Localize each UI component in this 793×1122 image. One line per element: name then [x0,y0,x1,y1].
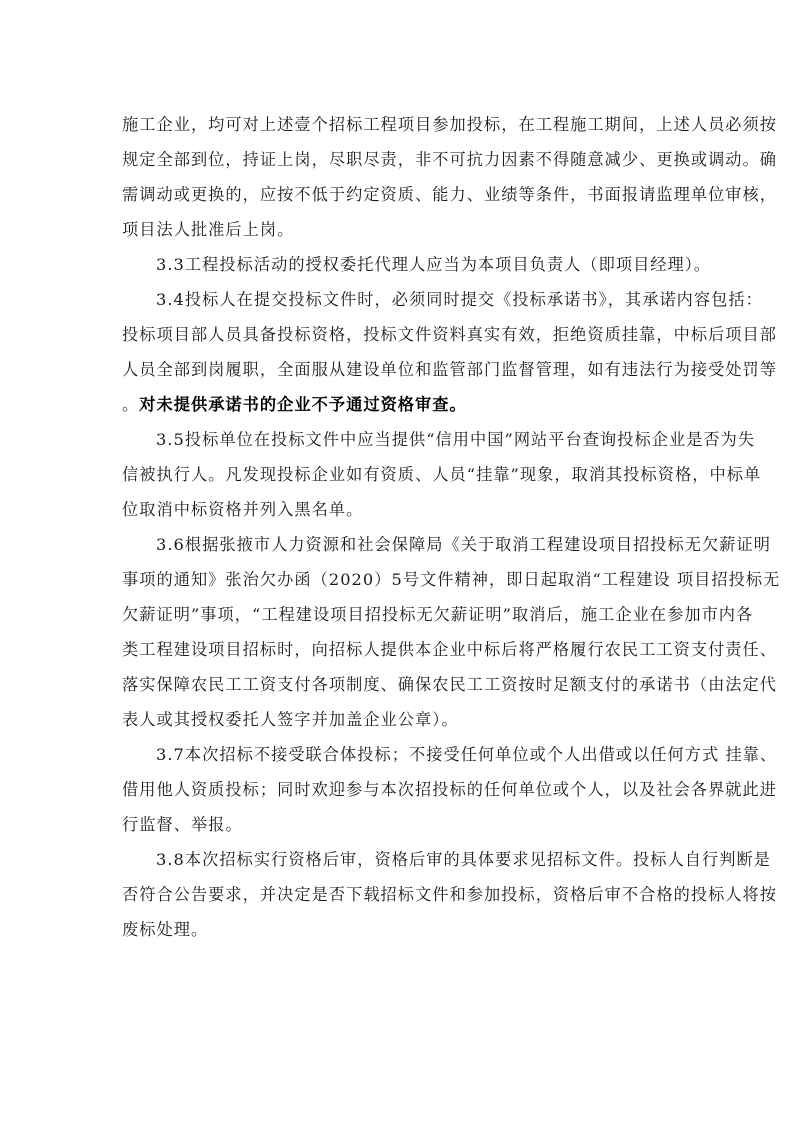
text-line: 表人或其授权委托人签字并加盖企业公章）。 [122,708,712,743]
text-line: 需调动或更换的，应按不低于约定资质、能力、业绩等条件，书面报请监理单位审核， [122,183,712,218]
text-line: 3.5投标单位在投标文件中应当提供“信用中国”网站平台查询投标企业是否为失 [122,428,712,463]
text-line: 施工企业，均可对上述壹个招标工程项目参加投标，在工程施工期间，上述人员必须按 [122,113,712,148]
text-line: 规定全部到位，持证上岗，尽职尽责，非不可抗力因素不得随意减少、更换或调动。确 [122,148,712,183]
text-line: 位取消中标资格并列入黑名单。 [122,498,712,533]
text-line: 行监督、举报。 [122,813,712,848]
text-line: 人员全部到岗履职，全面服从建设单位和监管部门监督管理，如有违法行为接受处罚等 [122,358,712,393]
paragraph-3-8: 3.8本次招标实行资格后审，资格后审的具体要求见招标文件。投标人自行判断是 否符… [122,848,712,953]
text-line: 3.4投标人在提交投标文件时，必须同时提交《投标承诺书》，其承诺内容包括： [122,288,712,323]
text-line: 投标项目部人员具备投标资格，投标文件资料真实有效，拒绝资质挂靠，中标后项目部 [122,323,712,358]
text-line: 落实保障农民工工资支付各项制度、确保农民工工资按时足额支付的承诺书（由法定代 [122,673,712,708]
text-line: 3.8本次招标实行资格后审，资格后审的具体要求见招标文件。投标人自行判断是 [122,848,712,883]
paragraph-continuation: 施工企业，均可对上述壹个招标工程项目参加投标，在工程施工期间，上述人员必须按 规… [122,113,712,253]
text-line: 信被执行人。凡发现投标企业如有资质、人员“挂靠”现象，取消其投标资格，中标单 [122,463,712,498]
paragraph-3-7: 3.7本次招标不接受联合体投标；不接受任何单位或个人出借或以任何方式 挂靠、 借… [122,743,712,848]
text-line: 3.6根据张掖市人力资源和社会保障局《关于取消工程建设项目招投标无欠薪证明 [122,533,712,568]
paragraph-3-3: 3.3工程投标活动的授权委托代理人应当为本项目负责人（即项目经理）。 [122,253,712,288]
paragraph-3-5: 3.5投标单位在投标文件中应当提供“信用中国”网站平台查询投标企业是否为失 信被… [122,428,712,533]
paragraph-3-6: 3.6根据张掖市人力资源和社会保障局《关于取消工程建设项目招投标无欠薪证明 事项… [122,533,712,743]
text-line: 3.3工程投标活动的授权委托代理人应当为本项目负责人（即项目经理）。 [122,253,712,288]
paragraph-3-4: 3.4投标人在提交投标文件时，必须同时提交《投标承诺书》，其承诺内容包括： 投标… [122,288,712,428]
document-page: 施工企业，均可对上述壹个招标工程项目参加投标，在工程施工期间，上述人员必须按 规… [122,113,712,953]
text-line: 事项的通知》张治欠办函（2020）5号文件精神，即日起取消“工程建设 项目招投标… [122,568,712,603]
text-line: 废标处理。 [122,918,712,953]
text-line: 。对未提供承诺书的企业不予通过资格审查。 [122,393,712,428]
text-line: 否符合公告要求，并决定是否下载招标文件和参加投标，资格后审不合格的投标人将按 [122,883,712,918]
text-line: 3.7本次招标不接受联合体投标；不接受任何单位或个人出借或以任何方式 挂靠、 [122,743,712,778]
text-line: 项目法人批准后上岗。 [122,218,712,253]
text-line: 欠薪证明”事项，“工程建设项目招投标无欠薪证明”取消后，施工企业在参加市内各 [122,603,712,638]
text-line: 借用他人资质投标；同时欢迎参与本次招投标的任何单位或个人，以及社会各界就此进 [122,778,712,813]
bold-requirement-text: 对未提供承诺书的企业不予通过资格审查。 [139,395,467,414]
punctuation: 。 [122,395,139,414]
text-line: 类工程建设项目招标时，向招标人提供本企业中标后将严格履行农民工工资支付责任、 [122,638,712,673]
